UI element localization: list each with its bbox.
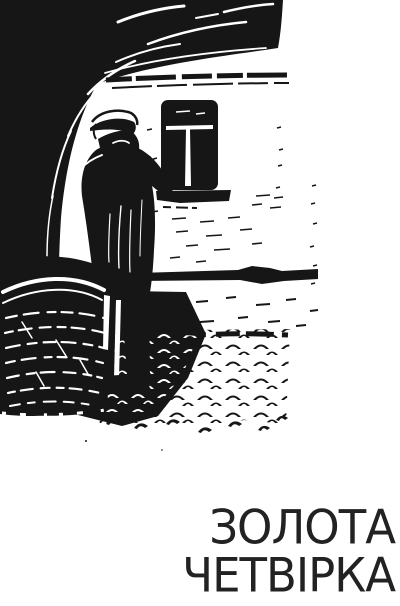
face-profile — [94, 124, 96, 139]
book-illustration — [0, 0, 400, 460]
book-title-line1: ЗОЛОТА — [0, 504, 395, 552]
wicker-basket — [2, 256, 112, 416]
book-title: ЗОЛОТА ЧЕТВІРКА — [0, 504, 395, 600]
page-speckles — [85, 440, 163, 451]
window — [146, 100, 231, 208]
book-title-line2: ЧЕТВІРКА — [0, 552, 395, 600]
book-page: ЗОЛОТА ЧЕТВІРКА — [0, 0, 400, 606]
illustration-canvas — [0, 0, 400, 460]
roofline — [106, 75, 290, 88]
